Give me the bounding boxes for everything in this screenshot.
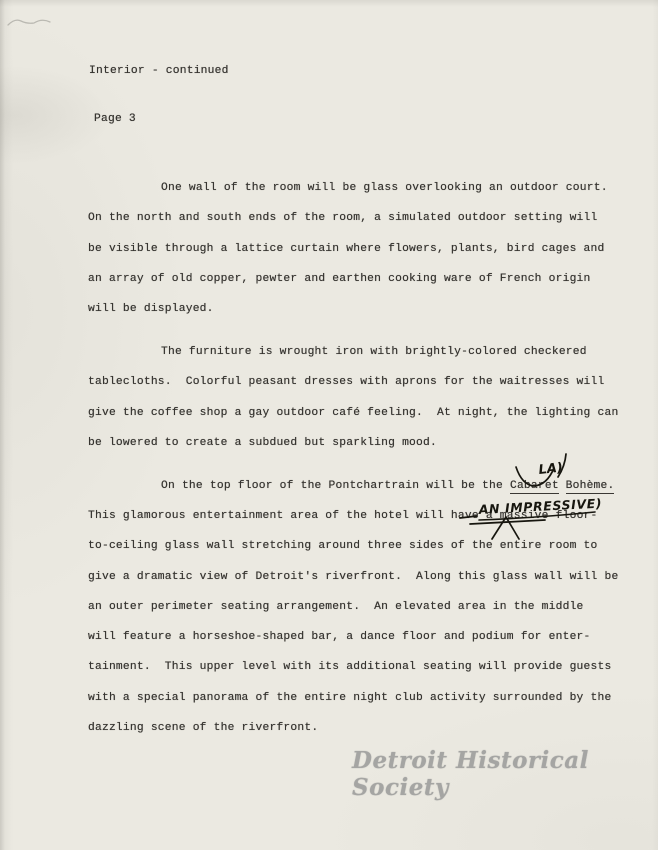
text-line: dazzling scene of the riverfront. xyxy=(88,713,618,743)
text-line: give a dramatic view of Detroit's riverf… xyxy=(88,562,618,592)
text-line: an outer perimeter seating arrangement. … xyxy=(88,592,618,622)
text-line: The furniture is wrought iron with brigh… xyxy=(88,337,618,367)
text-line: be visible through a lattice curtain whe… xyxy=(88,234,618,264)
handwritten-la-annotation: LA) xyxy=(538,461,564,478)
page-header: Interior - continued Page 3 xyxy=(89,31,229,159)
paper-crease-mark xyxy=(6,10,58,34)
scanned-typewritten-page: Interior - continued Page 3 One wall of … xyxy=(0,0,658,850)
paragraph-furniture: The furniture is wrought iron with brigh… xyxy=(88,337,618,458)
text-line: will be displayed. xyxy=(88,294,618,324)
leading-dash-stroke xyxy=(460,516,477,518)
watermark: Detroit Historical Society xyxy=(352,747,642,801)
text-line: One wall of the room will be glass overl… xyxy=(88,173,618,203)
header-section-title: Interior - continued xyxy=(89,63,229,79)
text-line: an array of old copper, pewter and earth… xyxy=(88,264,618,294)
text-segment: This glamorous entertainment area of the… xyxy=(88,510,486,522)
text-line: tainment. This upper level with its addi… xyxy=(88,652,618,682)
text-line: On the north and south ends of the room,… xyxy=(88,203,618,233)
text-line: give the coffee shop a gay outdoor café … xyxy=(88,398,618,428)
text-line: with a special panorama of the entire ni… xyxy=(88,683,618,713)
insertion-caret-up-icon xyxy=(492,517,519,539)
header-page-number: Page 3 xyxy=(89,111,229,127)
paragraph-coffee-shop-setting: One wall of the room will be glass overl… xyxy=(88,173,618,324)
text-line: tablecloths. Colorful peasant dresses wi… xyxy=(88,367,618,397)
handwritten-edits-overlay: LA) AN IMPRESSIVE) xyxy=(440,450,640,550)
text-line: will feature a horseshoe-shaped bar, a d… xyxy=(88,622,618,652)
